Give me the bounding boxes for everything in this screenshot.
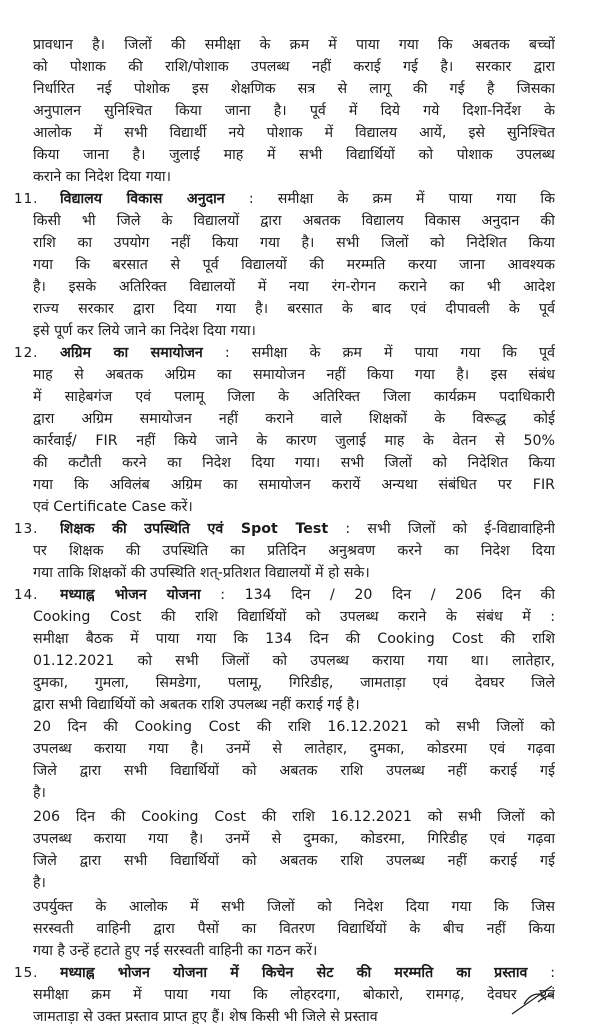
text-line: 01.12.2021 को सभी जिलों को उपलब्ध कराया … (33, 650, 555, 672)
document-page: प्रावधान है। जिलों की समीक्षा के क्रम मे… (0, 0, 591, 1024)
text-line: जिले द्वारा सभी विद्यार्थियों को अबतक रा… (33, 760, 555, 782)
text-line: है। (33, 872, 555, 894)
text-line: को पोशाक की राशि/पोशाक उपलब्ध नहीं कराई … (33, 56, 555, 78)
text-line: 20 दिन की Cooking Cost की राशि 16.12.202… (33, 716, 555, 738)
text-line: द्वारा सभी विद्यार्थियों को अबतक राशि उप… (33, 694, 555, 716)
text-line: है। इसके अतिरिक्त विद्यालयों में नया रंग… (33, 276, 555, 298)
item-heading-line: शिक्षक की उपस्थिति एवं Spot Test : सभी ज… (60, 518, 555, 540)
text-line: समीक्षा क्रम में पाया गया कि लोहरदगा, बो… (33, 984, 555, 1006)
item-number: 13. (14, 518, 38, 540)
text-line: इसे पूर्ण कर लिये जाने का निदेश दिया गया… (33, 320, 555, 342)
text-line: उपर्युक्त के आलोक में सभी जिलों को निदेश… (33, 896, 555, 918)
item-heading-rest: : समीक्षा के क्रम में पाया गया कि (249, 191, 555, 207)
item-heading-line: मध्याह्न भोजन योजना : 134 दिन / 20 दिन /… (60, 584, 555, 606)
text-line: राज्य सरकार द्वारा दिया गया है। बरसात के… (33, 298, 555, 320)
text-line: माह से अबतक अग्रिम का समायोजन नहीं किया … (33, 364, 555, 386)
item-heading: अग्रिम का समायोजन (60, 345, 203, 361)
item-heading-rest: : (550, 965, 555, 981)
text-line: अनुपालन सुनिश्चित किया जाना है। पूर्व मे… (33, 100, 555, 122)
item-number: 15. (14, 962, 38, 984)
text-line: कार्रवाई/ FIR नहीं किये जाने के कारण जुल… (33, 430, 555, 452)
text-line: कराने का निदेश दिया गया। (33, 166, 555, 188)
text-line: समीक्षा बैठक में पाया गया कि 134 दिन की … (33, 628, 555, 650)
text-line: जामताड़ा से उक्त प्रस्ताव प्राप्त हुए है… (33, 1006, 555, 1024)
item-heading: मध्याह्न भोजन योजना (60, 587, 201, 603)
text-line: में साहेबगंज एवं पलामू जिला के अतिरिक्त … (33, 386, 555, 408)
text-line: निर्धारित नई पोशोक इस शेक्षणिक सत्र से ल… (33, 78, 555, 100)
text-line: राशि का उपयोग नहीं किया गया है। सभी जिलो… (33, 232, 555, 254)
text-line: की कटौती करने का निदेश दिया गया। सभी जिल… (33, 452, 555, 474)
text-line: है। (33, 782, 555, 804)
text-line: किया जाना है। जुलाई माह में सभी विद्यार्… (33, 144, 555, 166)
item-heading-line: अग्रिम का समायोजन : समीक्षा के क्रम में … (60, 342, 555, 364)
text-line: उपलब्ध कराया गया है। उनमें से लातेहार, द… (33, 738, 555, 760)
text-line: 206 दिन की Cooking Cost की राशि 16.12.20… (33, 806, 555, 828)
text-line: जिले द्वारा सभी विद्यार्थियों को अबतक रा… (33, 850, 555, 872)
text-line: गया है उन्हें हटाते हुए नई सरस्वती वाहिन… (33, 940, 555, 962)
item-number: 12. (14, 342, 38, 364)
signature-mark (508, 982, 560, 1016)
text-line: द्वारा अग्रिम समायोजन नहीं कराने वाले शि… (33, 408, 555, 430)
item-number: 14. (14, 584, 38, 606)
text-line: गया ताकि शिक्षकों की उपस्थिति शत्-प्रतिश… (33, 562, 555, 584)
text-line: प्रावधान है। जिलों की समीक्षा के क्रम मे… (33, 34, 555, 56)
item-heading-rest: : समीक्षा के क्रम में पाया गया कि पूर्व (225, 345, 555, 361)
text-line: आलोक में सभी विद्यार्थी नये पोशाक में वि… (33, 122, 555, 144)
text-line: गया कि अविलंब अग्रिम का समायोजन करायें अ… (33, 474, 555, 496)
text-line: गया कि बरसात से पूर्व विद्यालयों की मरम्… (33, 254, 555, 276)
item-heading: विद्यालय विकास अनुदान (60, 191, 225, 207)
text-line: दुमका, गुमला, सिमडेगा, पलामू, गिरिडीह, ज… (33, 672, 555, 694)
item-number: 11. (14, 188, 38, 210)
item-heading-rest: : 134 दिन / 20 दिन / 206 दिन की (220, 587, 555, 603)
text-line: सरस्वती वाहिनी द्वारा पैसों का वितरण विद… (33, 918, 555, 940)
item-heading-rest: : सभी जिलों को ई-विद्यावाहिनी (345, 521, 555, 537)
text-line: पर शिक्षक की उपस्थिति का प्रतिदिन अनुश्र… (33, 540, 555, 562)
item-heading-line: मध्याह्न भोजन योजना में किचेन सेट की मरम… (60, 962, 555, 984)
item-heading: शिक्षक की उपस्थिति एवं Spot Test (60, 521, 328, 537)
text-line: किसी भी जिले के विद्यालयों द्वारा अबतक व… (33, 210, 555, 232)
text-line: एवं Certificate Case करें। (33, 496, 555, 518)
item-heading: मध्याह्न भोजन योजना में किचेन सेट की मरम… (60, 965, 527, 981)
text-line: Cooking Cost की राशि विद्यार्थियों को उप… (33, 606, 555, 628)
text-line: उपलब्ध कराया गया है। उनमें से दुमका, कोड… (33, 828, 555, 850)
item-heading-line: विद्यालय विकास अनुदान : समीक्षा के क्रम … (60, 188, 555, 210)
